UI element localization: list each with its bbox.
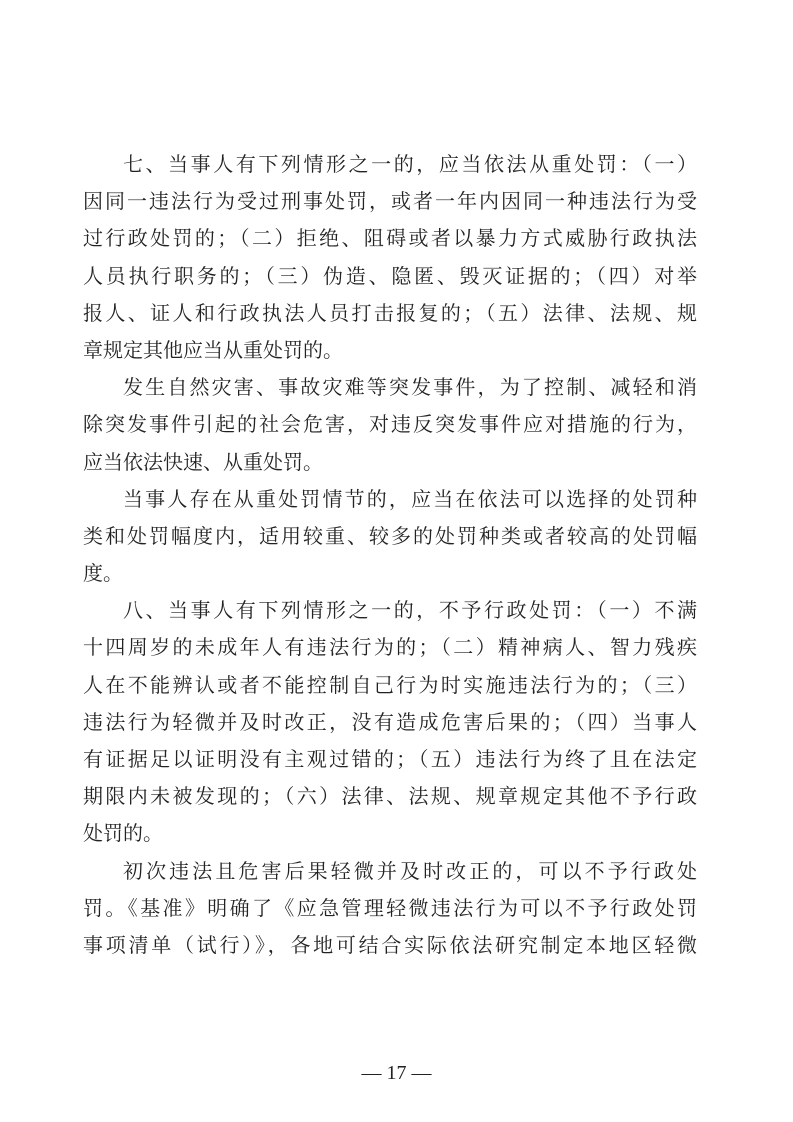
paragraph-aggravating-circumstances: 当事人存在从重处罚情节的，应当在依法可以选择的处罚种 类和处罚幅度内，适用较重、…	[83, 481, 697, 593]
text-line: 因同一违法行为受过刑事处罚，或者一年内因同一种违法行为受	[83, 183, 697, 220]
text-line: 类和处罚幅度内，适用较重、较多的处罚种类或者较高的处罚幅	[83, 518, 697, 555]
text-line: 违法行为轻微并及时改正，没有造成危害后果的；（四）当事人	[83, 704, 697, 741]
text-line: 事项清单（试行）》，各地可结合实际依法研究制定本地区轻微	[83, 927, 697, 964]
text-line: 初次违法且危害后果轻微并及时改正的，可以不予行政处	[83, 853, 697, 890]
text-line: 度。	[83, 555, 697, 592]
text-line: 人在不能辨认或者不能控制自己行为时实施违法行为的；（三）	[83, 667, 697, 704]
text-line: 有证据足以证明没有主观过错的；（五）违法行为终了且在法定	[83, 741, 697, 778]
text-line: 应当依法快速、从重处罚。	[83, 444, 697, 481]
text-line: 八、当事人有下列情形之一的，不予行政处罚：（一）不满	[83, 592, 697, 629]
text-line: 七、当事人有下列情形之一的，应当依法从重处罚：（一）	[83, 146, 697, 183]
text-line: 十四周岁的未成年人有违法行为的；（二）精神病人、智力残疾	[83, 629, 697, 666]
paragraph-emergency-events: 发生自然灾害、事故灾难等突发事件，为了控制、减轻和消 除突发事件引起的社会危害，…	[83, 369, 697, 481]
text-line: 章规定其他应当从重处罚的。	[83, 332, 697, 369]
text-line: 发生自然灾害、事故灾难等突发事件，为了控制、减轻和消	[83, 369, 697, 406]
page-number: — 17 —	[0, 1062, 793, 1085]
text-line: 期限内未被发现的；（六）法律、法规、规章规定其他不予行政	[83, 778, 697, 815]
paragraph-first-minor-violation: 初次违法且危害后果轻微并及时改正的，可以不予行政处 罚。《基准》明确了《应急管理…	[83, 853, 697, 965]
text-line: 除突发事件引起的社会危害，对违反突发事件应对措施的行为，	[83, 406, 697, 443]
paragraph-7-aggravated-penalty: 七、当事人有下列情形之一的，应当依法从重处罚：（一） 因同一违法行为受过刑事处罚…	[83, 146, 697, 369]
text-line: 罚。《基准》明确了《应急管理轻微违法行为可以不予行政处罚	[83, 890, 697, 927]
paragraph-8-no-penalty: 八、当事人有下列情形之一的，不予行政处罚：（一）不满 十四周岁的未成年人有违法行…	[83, 592, 697, 852]
text-line: 过行政处罚的；（二）拒绝、阻碍或者以暴力方式威胁行政执法	[83, 220, 697, 257]
document-page: 七、当事人有下列情形之一的，应当依法从重处罚：（一） 因同一违法行为受过刑事处罚…	[0, 0, 793, 1122]
text-line: 当事人存在从重处罚情节的，应当在依法可以选择的处罚种	[83, 481, 697, 518]
document-body: 七、当事人有下列情形之一的，应当依法从重处罚：（一） 因同一违法行为受过刑事处罚…	[83, 146, 697, 964]
text-line: 报人、证人和行政执法人员打击报复的；（五）法律、法规、规	[83, 295, 697, 332]
text-line: 人员执行职务的；（三）伪造、隐匿、毁灭证据的；（四）对举	[83, 258, 697, 295]
text-line: 处罚的。	[83, 815, 697, 852]
